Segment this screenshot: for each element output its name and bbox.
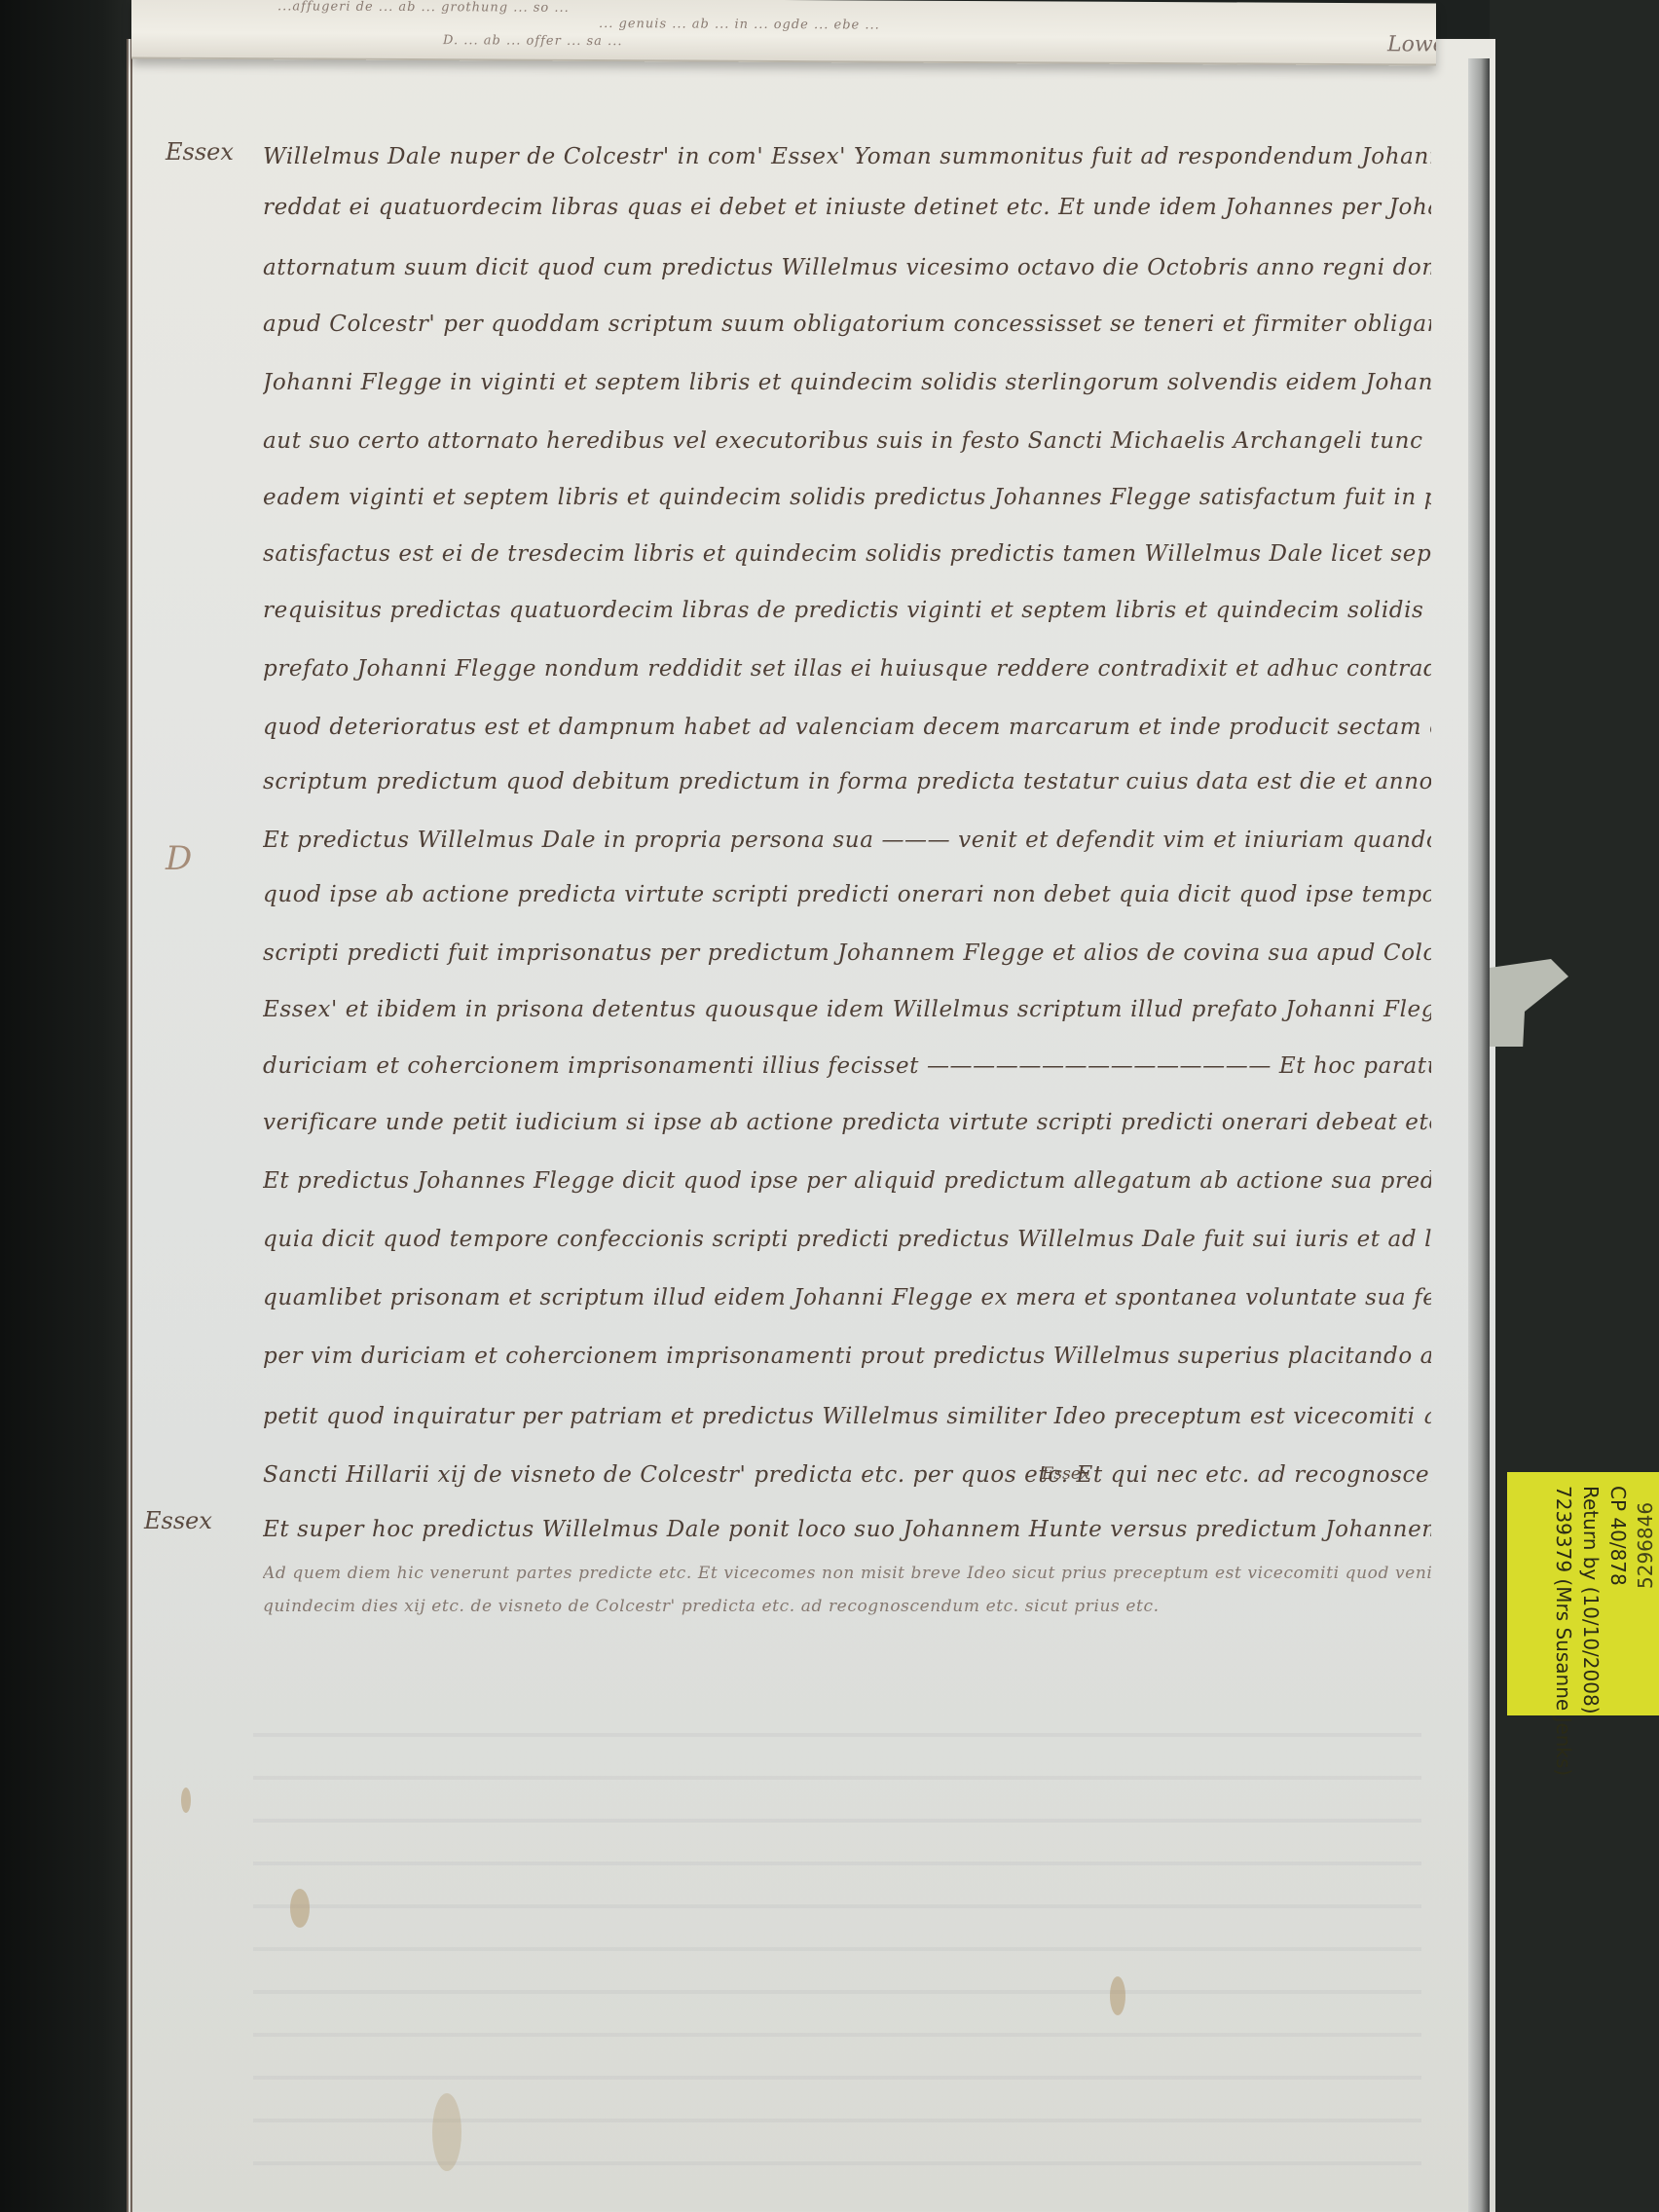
label-reader-ticket: 7239379 (Mrs Susanne Jenks) — [1550, 1472, 1577, 1920]
manuscript-line: reddat ei quatuordecim libras quas ei de… — [263, 195, 1431, 220]
manuscript-line: Et super hoc predictus Willelmus Dale po… — [263, 1517, 1431, 1542]
manuscript-line: duriciam et cohercionem imprisonamenti i… — [263, 1053, 1431, 1079]
manuscript-line: attornatum suum dicit quod cum predictus… — [263, 255, 1431, 280]
manuscript-line: quod deterioratus est et dampnum habet a… — [263, 715, 1431, 740]
label-return-date: Return by (10/10/2008) — [1577, 1472, 1604, 1920]
stain — [181, 1788, 191, 1813]
stain — [1110, 1976, 1125, 2015]
manuscript-line: prefato Johanni Flegge nondum reddidit s… — [263, 656, 1431, 682]
manuscript-line: eadem viginti et septem libris et quinde… — [263, 485, 1431, 510]
stain — [432, 2093, 461, 2171]
manuscript-line: verificare unde petit iudicium si ipse a… — [263, 1110, 1431, 1135]
manuscript-line: scripti predicti fuit imprisonatus per p… — [263, 940, 1431, 966]
fold-text-line: D. ... ab ... offer ... sa ... — [443, 33, 622, 49]
manuscript-line: aut suo certo attornato heredibus vel ex… — [263, 428, 1431, 454]
manuscript-line: Essex' et ibidem in prisona detentus quo… — [263, 997, 1431, 1022]
manuscript-line-faint: Ad quem diem hic venerunt partes predict… — [263, 1564, 1431, 1583]
archive-label-text: 5296846 CP 40/878 Return by (10/10/2008)… — [1507, 1472, 1659, 1920]
fold-text-line: ... genuis ... ab ... in ... ogde ... eb… — [599, 17, 880, 33]
manuscript-line: Willelmus Dale nuper de Colcestr' in com… — [263, 144, 1431, 169]
label-document-reference: CP 40/878 — [1604, 1472, 1632, 1920]
manuscript-line: Sancti Hillarii xij de visneto de Colces… — [263, 1462, 1431, 1488]
stain — [290, 1889, 310, 1928]
show-through-text — [253, 1694, 1421, 2181]
manuscript-line: Johanni Flegge in viginti et septem libr… — [263, 370, 1431, 395]
manuscript-line: quia dicit quod tempore confeccionis scr… — [263, 1227, 1431, 1252]
manuscript-line-faint: quindecim dies xij etc. de visneto de Co… — [263, 1597, 1431, 1616]
manuscript-line: satisfactus est ei de tresdecim libris e… — [263, 541, 1431, 567]
manuscript-line: requisitus predictas quatuordecim libras… — [263, 598, 1431, 623]
folded-membrane-above: ...affugeri de ... ab ... grothung ... s… — [131, 0, 1436, 66]
manuscript-line: Et predictus Johannes Flegge dicit quod … — [263, 1168, 1431, 1194]
manuscript-line: apud Colcestr' per quoddam scriptum suum… — [263, 312, 1431, 337]
manuscript-line: Et predictus Willelmus Dale in propria p… — [263, 828, 1431, 853]
manuscript-line: quod ipse ab actione predicta virtute sc… — [263, 882, 1431, 907]
manuscript-line: per vim duriciam et cohercionem imprison… — [263, 1344, 1431, 1369]
manuscript-line: scriptum predictum quod debitum predictu… — [263, 769, 1431, 794]
margin-note-initial: D — [166, 839, 192, 878]
manuscript-line: petit quod inquiratur per patriam et pre… — [263, 1404, 1431, 1429]
margin-note-county: Essex — [166, 138, 234, 166]
fold-text-line: ...affugeri de ... ab ... grothung ... s… — [277, 0, 570, 16]
label-reference-number: 5296846 — [1632, 1472, 1659, 1603]
margin-note-county: Essex — [144, 1507, 212, 1534]
manuscript-line: quamlibet prisonam et scriptum illud eid… — [263, 1285, 1431, 1310]
fold-signature: Lower — [1387, 32, 1436, 56]
